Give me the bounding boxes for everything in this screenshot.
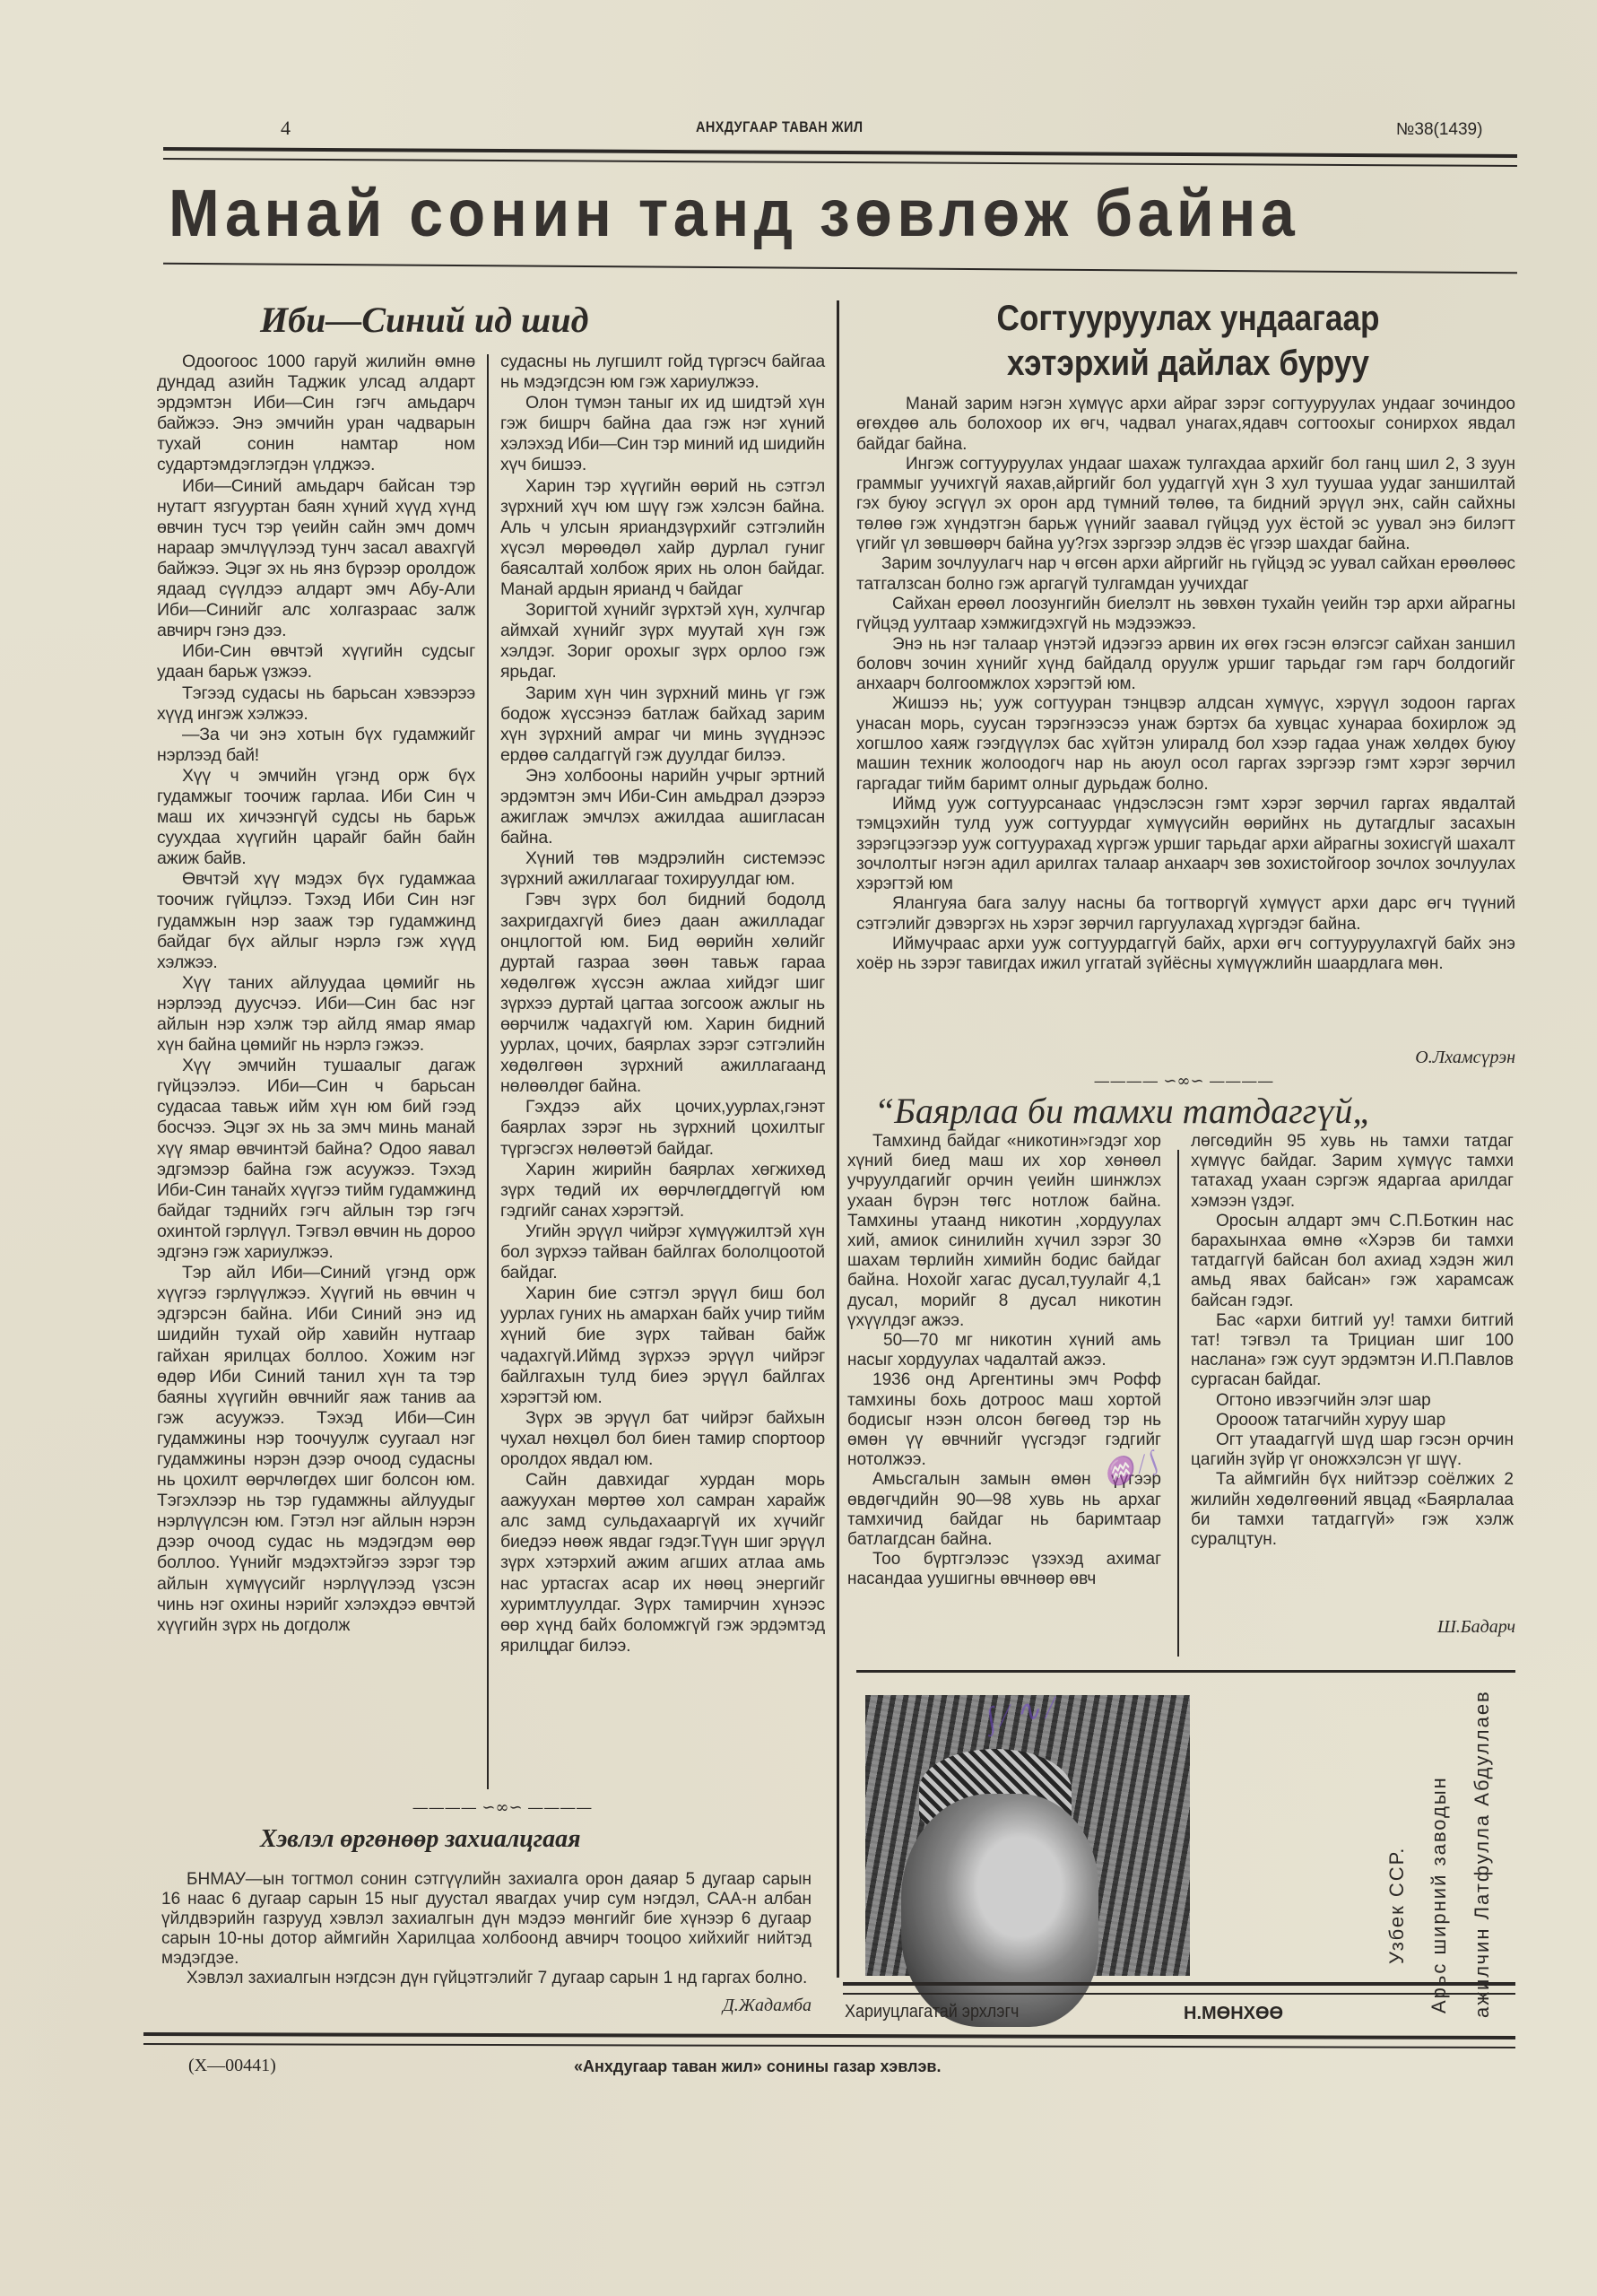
- author-jadamba: Д.Жадамба: [574, 1996, 812, 2016]
- paragraph: Жишээ нь; ууж согтууран тэнцвэр алдсан х…: [856, 694, 1515, 794]
- paragraph: Өвчтэй хүү мэдэх бүх гудамжаа тоочиж гүй…: [157, 869, 475, 972]
- issue-number: №38(1439): [1396, 120, 1482, 140]
- tobacco-col2: лөгсөдийн 95 хувь нь тамхи татдаг хүмүүс…: [1191, 1132, 1514, 1550]
- printer-credit: «Анхдугаар таван жил» сонины газар хэвлэ…: [574, 2057, 942, 2076]
- newspaper-page: 4 АНХДУГААР ТАВАН ЖИЛ №38(1439) Манай со…: [0, 0, 1597, 2296]
- paragraph: БНМАУ—ын тогтмол сонин сэтгүүлийн захиал…: [161, 1870, 812, 1969]
- column-divider: [487, 354, 489, 1789]
- paragraph: Тэр айл Иби—Синий үгэнд орж хүүгээ гэрлү…: [157, 1263, 475, 1636]
- column-divider: [1177, 1150, 1179, 1657]
- paragraph: Хүү таних айлуудаа цөмийг нь нэрлээд дуу…: [157, 973, 475, 1056]
- paragraph: Зоригтой хүнийг зүрхтэй хүн, хулчгар айм…: [500, 600, 825, 683]
- paragraph: Зүрх эв эрүүл бат чийрэг байхын чухал нө…: [500, 1408, 825, 1470]
- paragraph: Оросын алдарт эмч С.П.Боткин нас барахын…: [1191, 1212, 1514, 1311]
- paragraph: Хүү ч эмчийн үгэнд орж бүх гудамжыг тооч…: [157, 766, 475, 869]
- main-column-divider: [837, 300, 839, 1978]
- paragraph: —За чи энэ хотын бүх гудамжийг нэрлээд б…: [157, 725, 475, 766]
- alcohol-body: Манай зарим нэгэн хүмүүс архи айраг зэрэ…: [856, 395, 1515, 975]
- ornament-divider: ———— ∽∞∽ ————: [995, 1072, 1372, 1091]
- paragraph: Бас «архи битгий уу! тамхи битгий тат! т…: [1191, 1311, 1514, 1391]
- paragraph: Зарим зочлуулагч нар ч өгсөн архи айргий…: [856, 554, 1515, 595]
- paragraph: Энэ нь нэг талаар үнэтэй идээгээ арвин и…: [856, 635, 1515, 695]
- subscription-body: БНМАУ—ын тогтмол сонин сэтгүүлийн захиал…: [161, 1870, 812, 1988]
- section-title: Манай сонин танд зөвлөж байна: [169, 175, 1299, 251]
- editor-rule: [843, 1982, 1515, 1995]
- paragraph: Иби—Синий амьдарч байсан тэр нутагт язгу…: [157, 476, 475, 642]
- order-code: (Х—00441): [188, 2056, 276, 2076]
- page-number: 4: [281, 117, 291, 140]
- paragraph: Хэвлэл захиалгын нэгдсэн дүн гүйцэтгэлий…: [161, 1969, 812, 1988]
- paragraph: судасны нь лугшилт гойд түргэсч байгаа н…: [500, 352, 825, 393]
- paragraph: Гэвч зүрх бол бидний бодолд захригдахгүй…: [500, 890, 825, 1097]
- ornament-divider: ———— ∽∞∽ ————: [359, 1798, 646, 1817]
- editor-name: Н.МӨНХӨӨ: [1184, 2004, 1283, 2024]
- paragraph: Гэхдээ айх цочих,уурлах,гэнэт баярлах зэ…: [500, 1097, 825, 1159]
- title-line-1: Согтууруулах ундаагаар: [908, 296, 1469, 341]
- tobacco-col1: Тамхинд байдаг «никотин»гэдэг хор хүний …: [847, 1132, 1161, 1590]
- paragraph: Хүү эмчийн тушаалыг дагаж гүйцээлээ. Иби…: [157, 1056, 475, 1263]
- paragraph: Олон түмэн таныг их ид шидтэй хүн гэж би…: [500, 393, 825, 475]
- paragraph: Иймд ууж согтуурсанаас үндэслэсэн гэмт х…: [856, 795, 1515, 894]
- masthead-rule: [163, 147, 1517, 167]
- paragraph: Тоо бүртгэлээс үзэхэд ахимаг насандаа уу…: [847, 1550, 1161, 1589]
- paragraph: лөгсөдийн 95 хувь нь тамхи татдаг хүмүүс…: [1191, 1132, 1514, 1212]
- paragraph: Зарим хүн чин зүрхний минь үг гэж бодож …: [500, 683, 825, 766]
- title-rule: [163, 263, 1517, 274]
- newspaper-name: АНХДУГААР ТАВАН ЖИЛ: [696, 118, 863, 136]
- paragraph: Харин жирийн баярлах хөгжихөд зүрх төдий…: [500, 1160, 825, 1222]
- article-title-ibn-sina: Иби—Синий ид шид: [260, 299, 588, 341]
- photo-worker: [865, 1695, 1190, 1976]
- paragraph: Угийн эрүүл чийрэг хүмүүжилтэй хүн бол з…: [500, 1222, 825, 1283]
- paragraph: Сайхан ерөөл лоозунгийн биелэлт нь зөвхө…: [856, 595, 1515, 635]
- footer-rule: [143, 2032, 1515, 2048]
- paragraph: Одоогоос 1000 гаруй жилийн өмнө дундад а…: [157, 352, 475, 476]
- poem-line: Орооож татагчийн хуруу шар: [1191, 1411, 1514, 1431]
- paragraph: Та аймгийн бүх нийтээр соёлжих 2 жилийн …: [1191, 1470, 1514, 1550]
- paragraph: Харин тэр хүүгийн өөрий нь сэтгэл зүрхни…: [500, 476, 825, 601]
- photo-caption-line-3: ажилчин Латфулла Абдуллаев: [1471, 1722, 1494, 2018]
- paragraph: Амьсгалын замын өмөн үүгээр өвдөгчдийн 9…: [847, 1470, 1161, 1550]
- paragraph: Ялангуяа бага залуу насны ба тогтворгүй …: [856, 894, 1515, 935]
- article-title-alcohol: Согтууруулах ундаагаар хэтэрхий дайлах б…: [908, 296, 1469, 386]
- photo-caption-line-2: Арьс ширний заводын: [1428, 1744, 1451, 2013]
- paragraph: 50—70 мг никотин хүний амь насыг хордуул…: [847, 1331, 1161, 1370]
- poem-line: Огт утаадаггүй шүд шар гэсэн орчин цагий…: [1191, 1431, 1514, 1470]
- article-title-subscription: Хэвлэл өргөнөөр захиалцгаая: [260, 1825, 581, 1854]
- poem-line: Огтоно ивээгчийн элэг шар: [1191, 1391, 1514, 1411]
- paragraph: 1936 онд Аргентины эмч Рофф тамхины бохь…: [847, 1370, 1161, 1470]
- paragraph: Ингэж согтууруулах ундааг шахаж тулгахда…: [856, 455, 1515, 554]
- paragraph: Харин бие сэтгэл эрүүл биш бол уурлах гу…: [500, 1283, 825, 1408]
- ibn-sina-col1: Одоогоос 1000 гаруй жилийн өмнө дундад а…: [157, 352, 475, 1636]
- paragraph: Тамхинд байдаг «никотин»гэдэг хор хүний …: [847, 1132, 1161, 1331]
- paragraph: Сайн давхидаг хурдан морь аажуухан мөртө…: [500, 1470, 825, 1657]
- photo-top-rule: [856, 1670, 1515, 1673]
- article-title-tobacco: “Баярлаа би тамхи татдаггүй„: [874, 1090, 1373, 1132]
- editor-label: Хариуцлагатай эрхлэгч: [845, 2002, 1019, 2022]
- author-lkhamsuren: О.Лхамсүрэн: [1255, 1048, 1515, 1068]
- paragraph: Тэгээд судасы нь барьсан хэвээрээ хүүд и…: [157, 683, 475, 725]
- paragraph: Хүний төв мэдрэлийн системээс зүрхний аж…: [500, 848, 825, 890]
- author-badarch: Ш.Бадарч: [1300, 1617, 1515, 1638]
- paragraph: Иймучраас архи ууж согтуурдаггүй байх, а…: [856, 935, 1515, 975]
- ibn-sina-col2: судасны нь лугшилт гойд түргэсч байгаа н…: [500, 352, 825, 1657]
- title-line-2: хэтэрхий дайлах буруу: [908, 341, 1469, 386]
- paragraph: Энэ холбооны нарийн учрыг эртний эрдэмтэ…: [500, 766, 825, 848]
- paragraph: Иби-Син өвчтэй хүүгийн судсыг удаан барь…: [157, 641, 475, 683]
- photo-caption-line-1: Узбек ССР.: [1385, 1758, 1409, 1964]
- paragraph: Манай зарим нэгэн хүмүүс архи айраг зэрэ…: [856, 395, 1515, 455]
